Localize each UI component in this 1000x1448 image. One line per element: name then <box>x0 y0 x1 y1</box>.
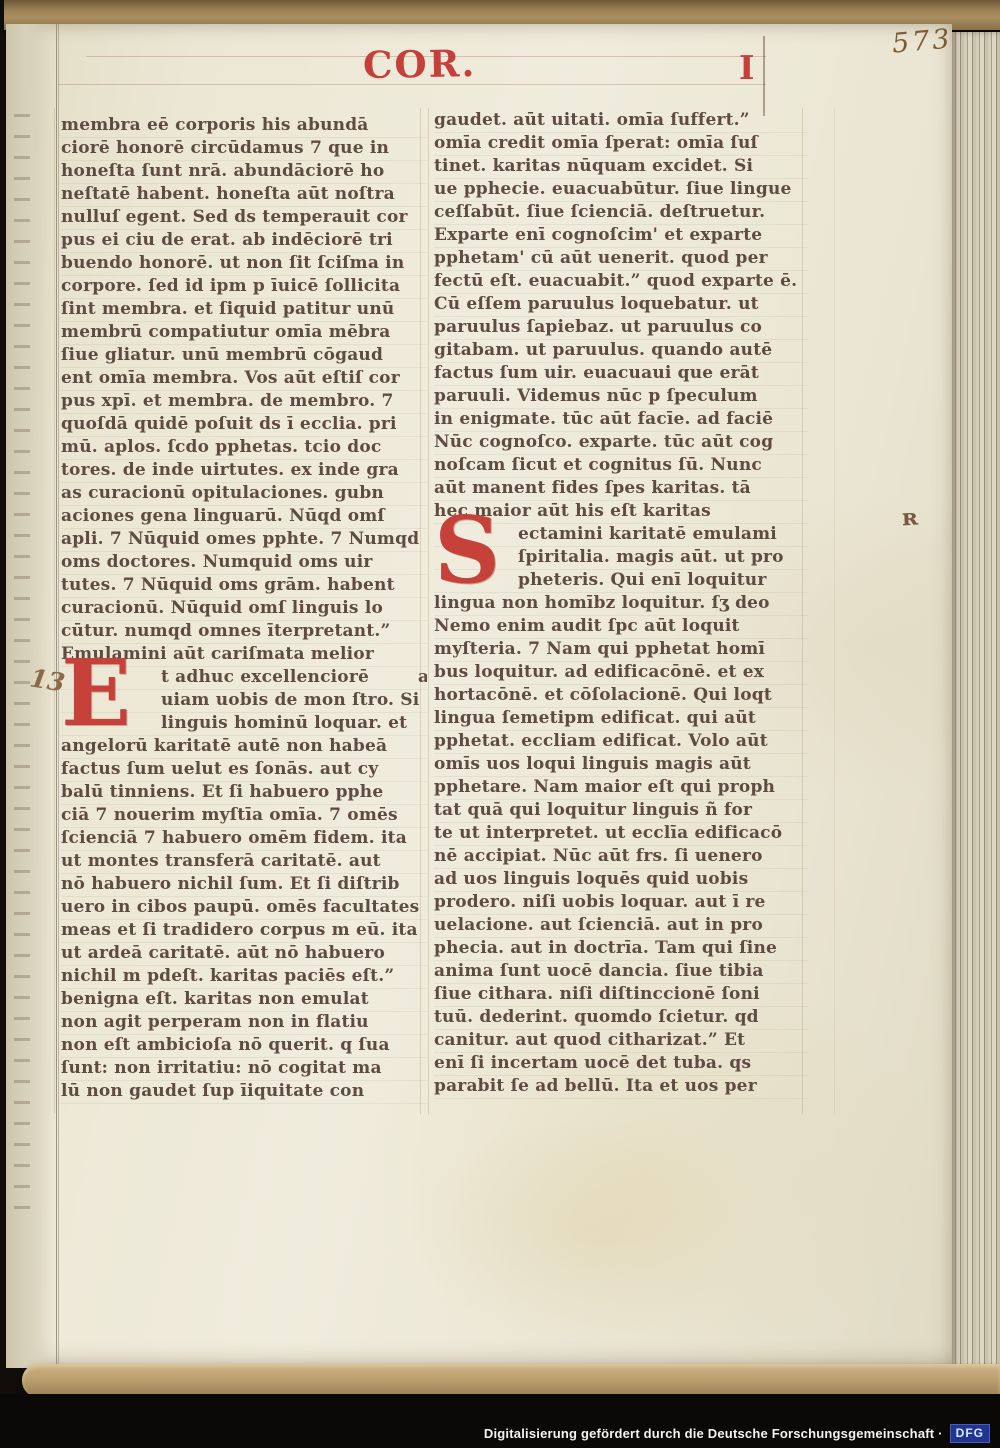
manuscript-line: factus ſum uelut es ſonās. aut cy <box>61 759 427 782</box>
manuscript-line: mū. aplos. ſcdo pphetas. tcio doc <box>61 437 427 460</box>
manuscript-line: Cū eſſem paruulus loquebatur. ut <box>434 294 808 317</box>
manuscript-line: tat quā qui loquitur linguis ñ for <box>434 800 808 823</box>
manuscript-line: omīa credit omīa ſperat: omīa ſuſ <box>434 133 808 156</box>
manuscript-line: ſiue cithara. niſi diſtinccionē ſoni <box>434 984 808 1007</box>
manuscript-line: bus loquitur. ad edificacōnē. et ex <box>434 662 808 685</box>
manuscript-line: ſint membra. et ſiquid patitur unū <box>61 299 427 322</box>
text-column-right: gaudet. aūt uitati. omīa ſuffert.”omīa c… <box>434 110 808 1099</box>
credit-text: Digitalisierung gefördert durch die Deut… <box>484 1426 943 1441</box>
manuscript-line: te ut interpretet. ut ecclīa edificacō <box>434 823 808 846</box>
manuscript-line: membra eē corporis his abundā <box>61 115 427 138</box>
manuscript-line: oms doctores. Numquid oms uir <box>61 552 427 575</box>
manuscript-line: aciones gena linguarū. Nūqd omſ <box>61 506 427 529</box>
manuscript-line: in enigmate. tūc aūt facīe. ad faciē <box>434 409 808 432</box>
text-column-left: membra eē corporis his abundāciorē honor… <box>61 115 427 1104</box>
manuscript-line: ut montes transferā caritatē. aut <box>61 851 427 874</box>
manuscript-line: uero in cibos paupū. omēs facultates <box>61 897 427 920</box>
manuscript-line: ciorē honorē circūdamus 7 que in <box>61 138 427 161</box>
manuscript-line: anima ſunt uocē dancia. ſiue tibia <box>434 961 808 984</box>
manuscript-line: tinet. karitas nūquam excidet. Si <box>434 156 808 179</box>
manuscript-line: ciā 7 nouerim myſtīa omīa. 7 omēs <box>61 805 427 828</box>
manuscript-line: ſiue gliatur. unū membrū cōgaud <box>61 345 427 368</box>
manuscript-line: buendo honorē. ut non ſit ſciſma in <box>61 253 427 276</box>
manuscript-line: hortacōnē. et cōſolacionē. Qui loqt <box>434 685 808 708</box>
manuscript-line: non agit perperam non in flatiu <box>61 1012 427 1035</box>
margin-chapter-mark-14: ʀ <box>901 504 918 532</box>
chapter-initial-E: E <box>61 655 131 731</box>
manuscript-line: nichil m pdeſt. karitas paciēs eſt.” <box>61 966 427 989</box>
manuscript-line: enī ſi incertam uocē det tuba. qs <box>434 1053 808 1076</box>
running-title-right: I <box>739 48 756 87</box>
dfg-logo: DFG <box>950 1424 990 1443</box>
book-fore-edge-bottom <box>22 1364 1000 1397</box>
manuscript-line: honeſta ſunt nrā. abundāciorē ho <box>61 161 427 184</box>
manuscript-line: balū tinniens. Et ſi habuero pphe <box>61 782 427 805</box>
manuscript-line: benigna eſt. karitas non emulat <box>61 989 427 1012</box>
manuscript-scan: COR. I 573 13 ʀ membra eē corporis his a… <box>0 0 1000 1448</box>
manuscript-line: paruulus ſapiebaz. ut paruulus co <box>434 317 808 340</box>
manuscript-line: phecia. aut in doctrīa. Tam qui ſine <box>434 938 808 961</box>
chapter-initial-S: S <box>434 512 500 588</box>
manuscript-line: pus xpī. et membra. de membro. 7 <box>61 391 427 414</box>
manuscript-line: prodero. niſi uobis loquar. aut ī re <box>434 892 808 915</box>
manuscript-line: noſcam ſicut et cognitus ſū. Nunc <box>434 455 808 478</box>
manuscript-line: Exparte enī cognoſcim' et exparte <box>434 225 808 248</box>
margin-rule <box>834 108 835 1114</box>
manuscript-line: membrū compatiutur omīa mēbra <box>61 322 427 345</box>
manuscript-line: omīs uos loqui linguis magis aūt <box>434 754 808 777</box>
manuscript-line: pphetare. Nam maior eſt qui proph <box>434 777 808 800</box>
digitization-credit: Digitalisierung gefördert durch die Deut… <box>0 1424 990 1443</box>
manuscript-line: tores. de inde uirtutes. ex inde gra <box>61 460 427 483</box>
manuscript-line: lū non gaudet ſup īiquitate con <box>61 1081 427 1104</box>
manuscript-line: ſunt: non irritatiu: nō cogitat ma <box>61 1058 427 1081</box>
manuscript-line: as curacionū opitulaciones. gubn <box>61 483 427 506</box>
folio-number: 573 <box>891 23 954 59</box>
manuscript-line: tuū. dederint. quomdo ſcietur. qd <box>434 1007 808 1030</box>
column-rule <box>428 108 429 1114</box>
manuscript-line: tutes. 7 Nūquid oms grām. habent <box>61 575 427 598</box>
manuscript-line: uelacione. aut ſcienciā. aut in pro <box>434 915 808 938</box>
manuscript-line: ceſſabūt. ſiue ſcienciā. deſtruetur. <box>434 202 808 225</box>
manuscript-line: curacionū. Nūquid omſ linguis lo <box>61 598 427 621</box>
manuscript-line: pphetat. eccliam edificat. Volo aūt <box>434 731 808 754</box>
manuscript-line: myſteria. 7 Nam qui pphetat homī <box>434 639 808 662</box>
manuscript-line: fectū eſt. euacuabit.” quod exparte ē. <box>434 271 808 294</box>
manuscript-line: quoſdā quidē poſuit ds ī ecclia. pri <box>61 414 427 437</box>
manuscript-line: corpore. ſed id ipm p īuicē ſollicita <box>61 276 427 299</box>
manuscript-line: pphetam' cū aūt uenerit. quod per <box>434 248 808 271</box>
running-title-left: COR. <box>363 41 477 87</box>
manuscript-line: lingua ſemetipm edificat. qui aūt <box>434 708 808 731</box>
manuscript-line: Nemo enim audit ſpc aūt loquit <box>434 616 808 639</box>
manuscript-line: factus ſum uir. euacuaui que erāt <box>434 363 808 386</box>
gutter-facing-leaf <box>6 24 57 1368</box>
manuscript-line: canitur. aut quod citharizat.” Et <box>434 1030 808 1053</box>
manuscript-line: gitabam. ut paruulus. quando autē <box>434 340 808 363</box>
manuscript-line: ad uos linguis loquēs quid uobis <box>434 869 808 892</box>
manuscript-line: Nūc cognoſco. exparte. tūc aūt cog <box>434 432 808 455</box>
manuscript-line: ſcienciā 7 habuero omēm fidem. ita <box>61 828 427 851</box>
manuscript-line: parabit ſe ad bellū. Ita et uos per <box>434 1076 808 1099</box>
manuscript-page: COR. I 573 13 ʀ membra eē corporis his a… <box>6 24 952 1368</box>
manuscript-line: ue pphecie. euacuabūtur. ſiue lingue <box>434 179 808 202</box>
manuscript-line: neſtatē habent. honeſta aūt noſtra <box>61 184 427 207</box>
manuscript-line: nē accipiat. Nūc aūt frs. ſi uenero <box>434 846 808 869</box>
manuscript-line: paruuli. Videmus nūc p ſpeculum <box>434 386 808 409</box>
manuscript-line: gaudet. aūt uitati. omīa ſuffert.” <box>434 110 808 133</box>
manuscript-line: nō habuero nichil ſum. Et ſi diſtrib <box>61 874 427 897</box>
header-column-rule <box>763 36 765 116</box>
column-rule <box>54 108 55 1114</box>
book-page-edges-right <box>952 32 1000 1368</box>
manuscript-line: apli. 7 Nūquid omes pphte. 7 Numqd <box>61 529 427 552</box>
manuscript-line: meas et ſi tradidero corpus m eū. ita <box>61 920 427 943</box>
manuscript-line: non eſt ambicioſa nō querit. q ſua <box>61 1035 427 1058</box>
manuscript-line: nulluſ egent. Sed ds temperauit cor <box>61 207 427 230</box>
manuscript-line: ut ardeā caritatē. aūt nō habuero <box>61 943 427 966</box>
manuscript-line: pus ei ciu de erat. ab indēciorē tri <box>61 230 427 253</box>
manuscript-line: ent omīa membra. Vos aūt eſtiſ cor <box>61 368 427 391</box>
